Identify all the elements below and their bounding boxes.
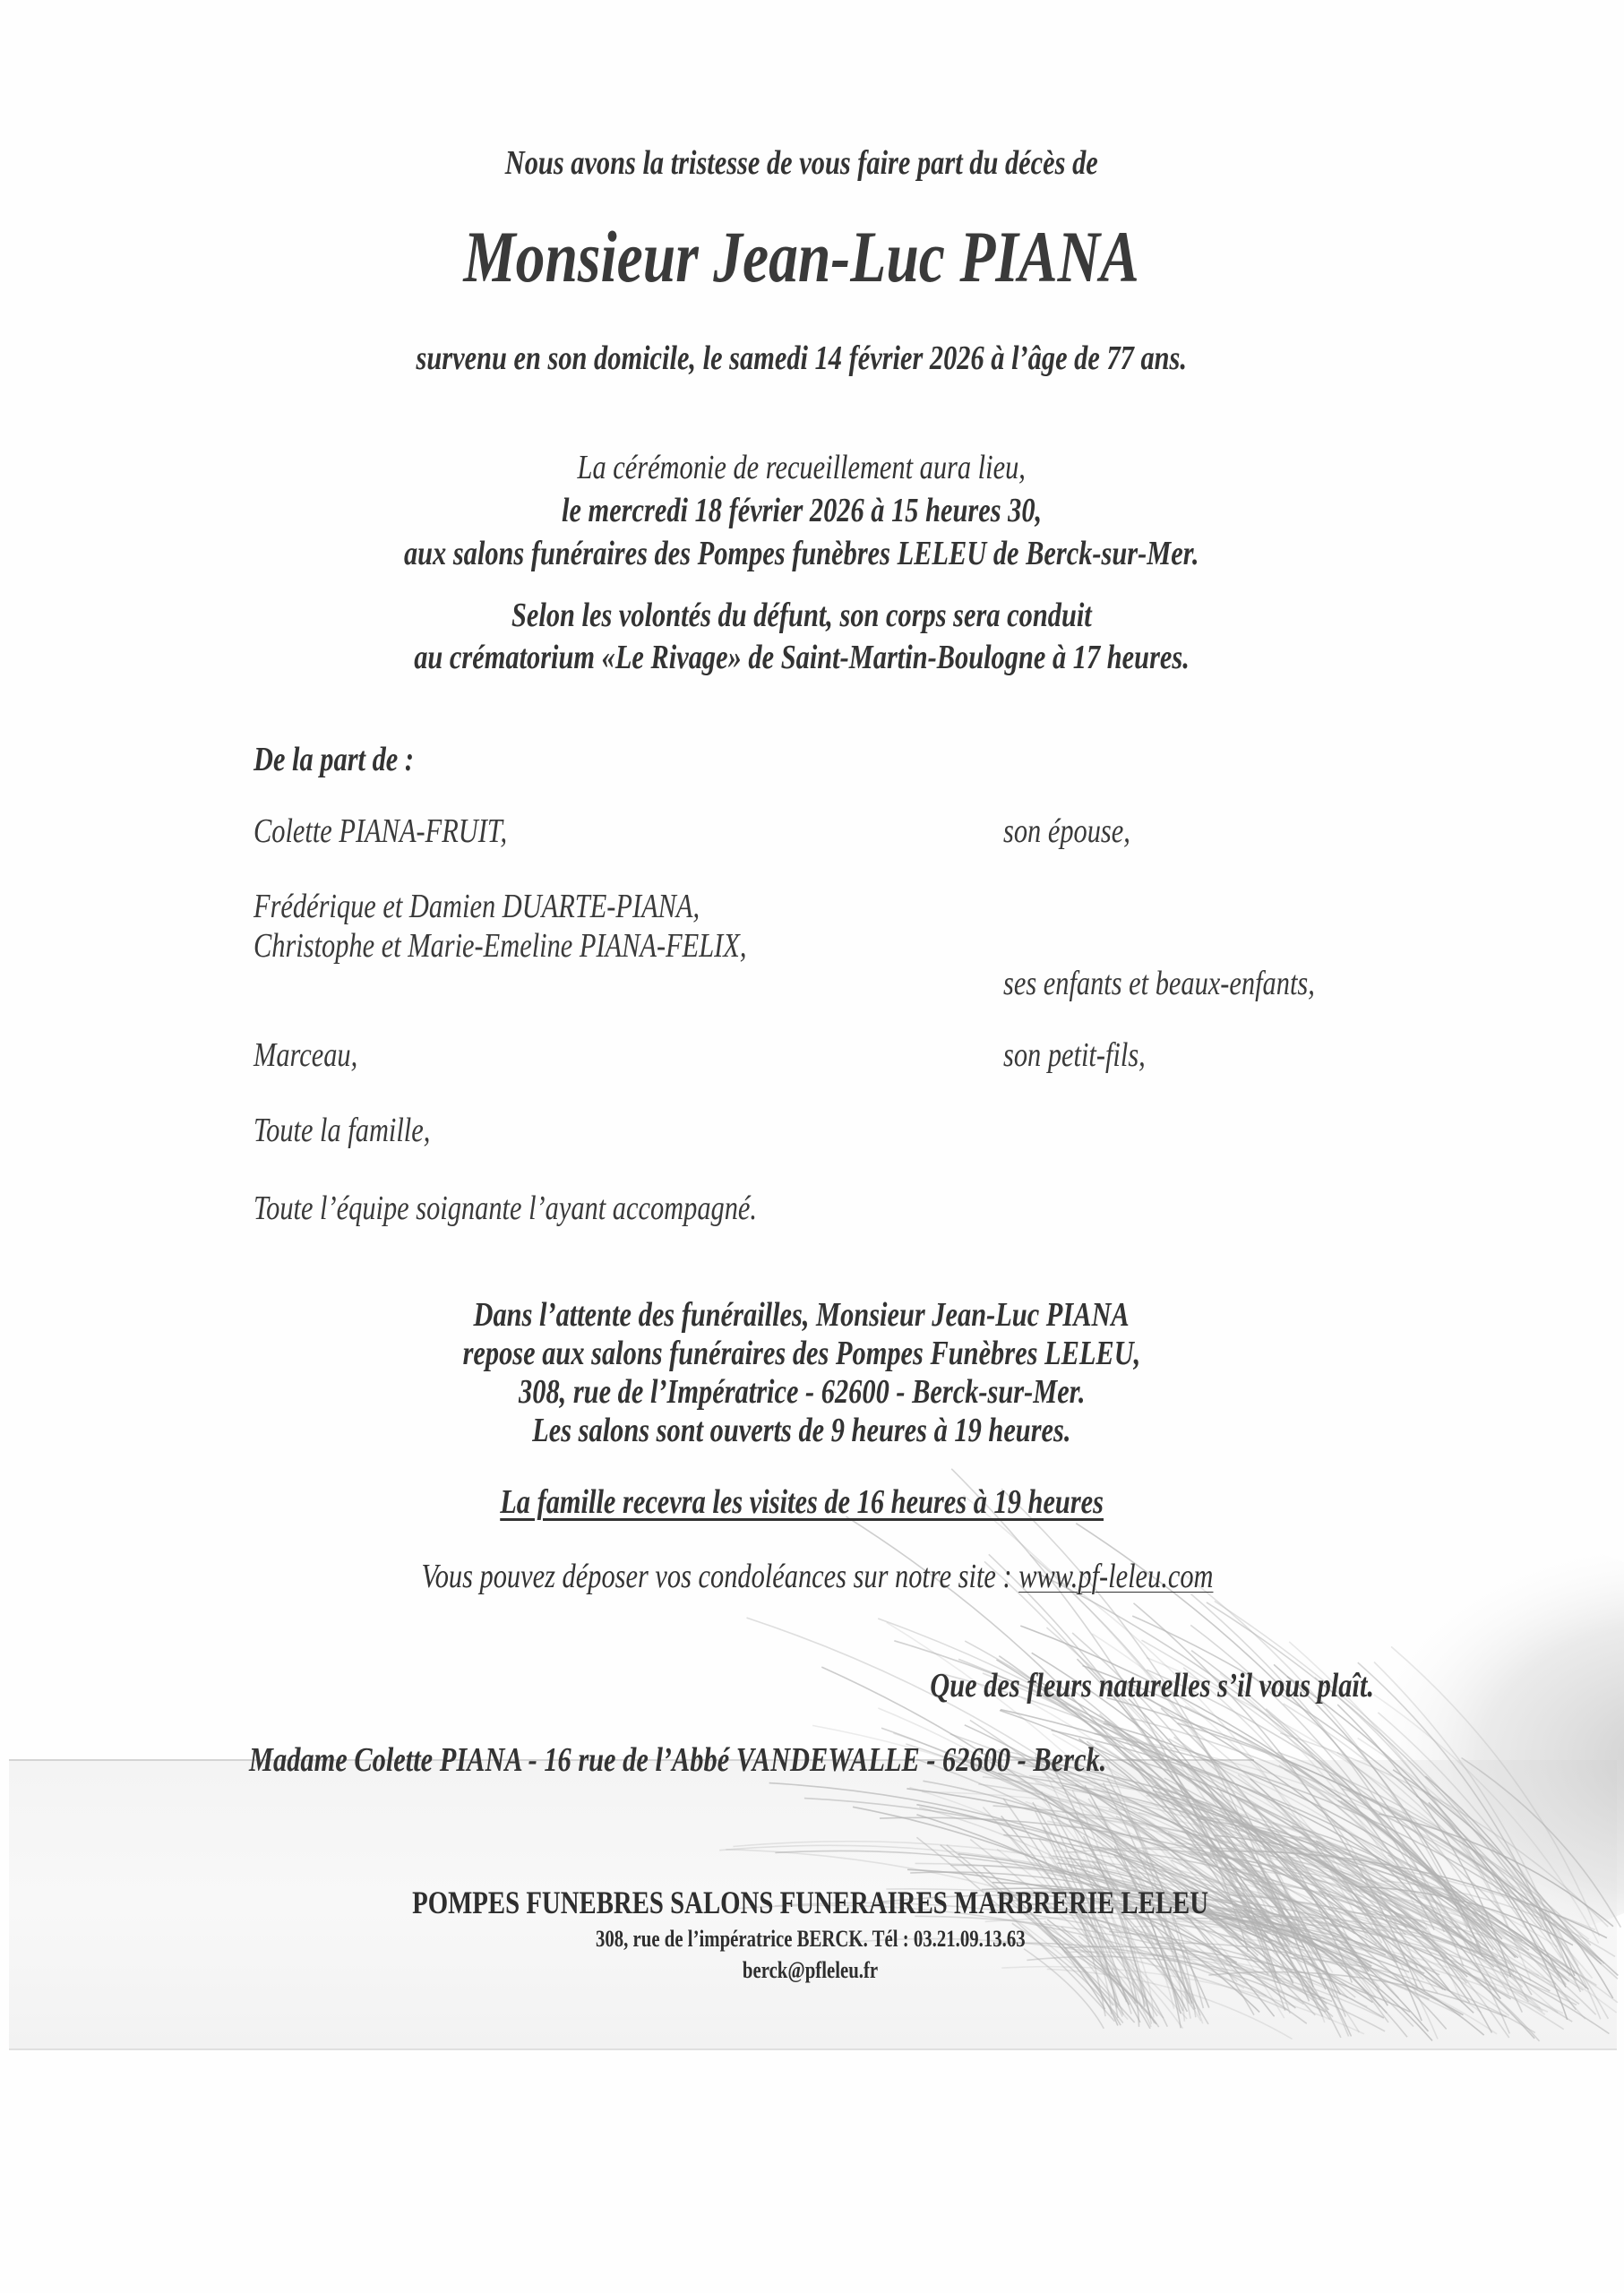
viewing-line: Les salons sont ouverts de 9 heures à 19… bbox=[0, 1411, 1603, 1450]
flowers-note: Que des fleurs naturelles s’il vous plaî… bbox=[1374, 1666, 1624, 1705]
family-heading: De la part de : bbox=[253, 740, 414, 779]
family-member: Toute la famille, bbox=[253, 1111, 430, 1150]
company-email: berck@pfleleu.fr bbox=[0, 1957, 1621, 1984]
condolences-text: Vous pouvez déposer vos condoléances sur… bbox=[0, 1557, 1624, 1596]
viewing-line: 308, rue de l’Impératrice - 62600 - Berc… bbox=[0, 1372, 1603, 1412]
intro-text: Nous avons la tristesse de vous faire pa… bbox=[0, 143, 1603, 183]
family-member: Frédérique et Damien DUARTE-PIANA, bbox=[253, 887, 700, 926]
family-relation: son épouse, bbox=[1003, 812, 1130, 851]
viewing-line: Dans l’attente des funérailles, Monsieur… bbox=[0, 1295, 1603, 1335]
condolences-label: Vous pouvez déposer vos condoléances sur… bbox=[421, 1558, 1018, 1595]
family-relation: son petit-fils, bbox=[1003, 1035, 1146, 1075]
family-member: Toute l’équipe soignante l’ayant accompa… bbox=[253, 1189, 757, 1228]
condolences-link[interactable]: www.pf-leleu.com bbox=[1018, 1558, 1213, 1595]
cremation-line: au crématorium «Le Rivage» de Saint-Mart… bbox=[0, 638, 1603, 677]
death-details: survenu en son domicile, le samedi 14 fé… bbox=[0, 339, 1603, 378]
cremation-line: Selon les volontés du défunt, son corps … bbox=[0, 596, 1603, 635]
family-member: Colette PIANA-FRUIT, bbox=[253, 812, 507, 851]
ceremony-line: aux salons funéraires des Pompes funèbre… bbox=[0, 534, 1603, 573]
ceremony-line: le mercredi 18 février 2026 à 15 heures … bbox=[0, 491, 1603, 530]
viewing-line: repose aux salons funéraires des Pompes … bbox=[0, 1334, 1603, 1373]
ceremony-line: La cérémonie de recueillement aura lieu, bbox=[0, 448, 1603, 487]
company-name: POMPES FUNEBRES SALONS FUNERAIRES MARBRE… bbox=[0, 1884, 1621, 1921]
visiting-hours: La famille recevra les visites de 16 heu… bbox=[0, 1482, 1603, 1522]
family-relation: ses enfants et beaux-enfants, bbox=[1003, 964, 1315, 1003]
family-member: Marceau, bbox=[253, 1035, 357, 1075]
deceased-name: Monsieur Jean-Luc PIANA bbox=[0, 215, 1603, 299]
family-address: Madame Colette PIANA - 16 rue de l’Abbé … bbox=[249, 1740, 1106, 1780]
family-member: Christophe et Marie-Emeline PIANA-FELIX, bbox=[253, 926, 746, 966]
funeral-notice-page: Nous avons la tristesse de vous faire pa… bbox=[0, 0, 1624, 2293]
company-address-phone: 308, rue de l’impératrice BERCK. Tél : 0… bbox=[0, 1926, 1621, 1953]
